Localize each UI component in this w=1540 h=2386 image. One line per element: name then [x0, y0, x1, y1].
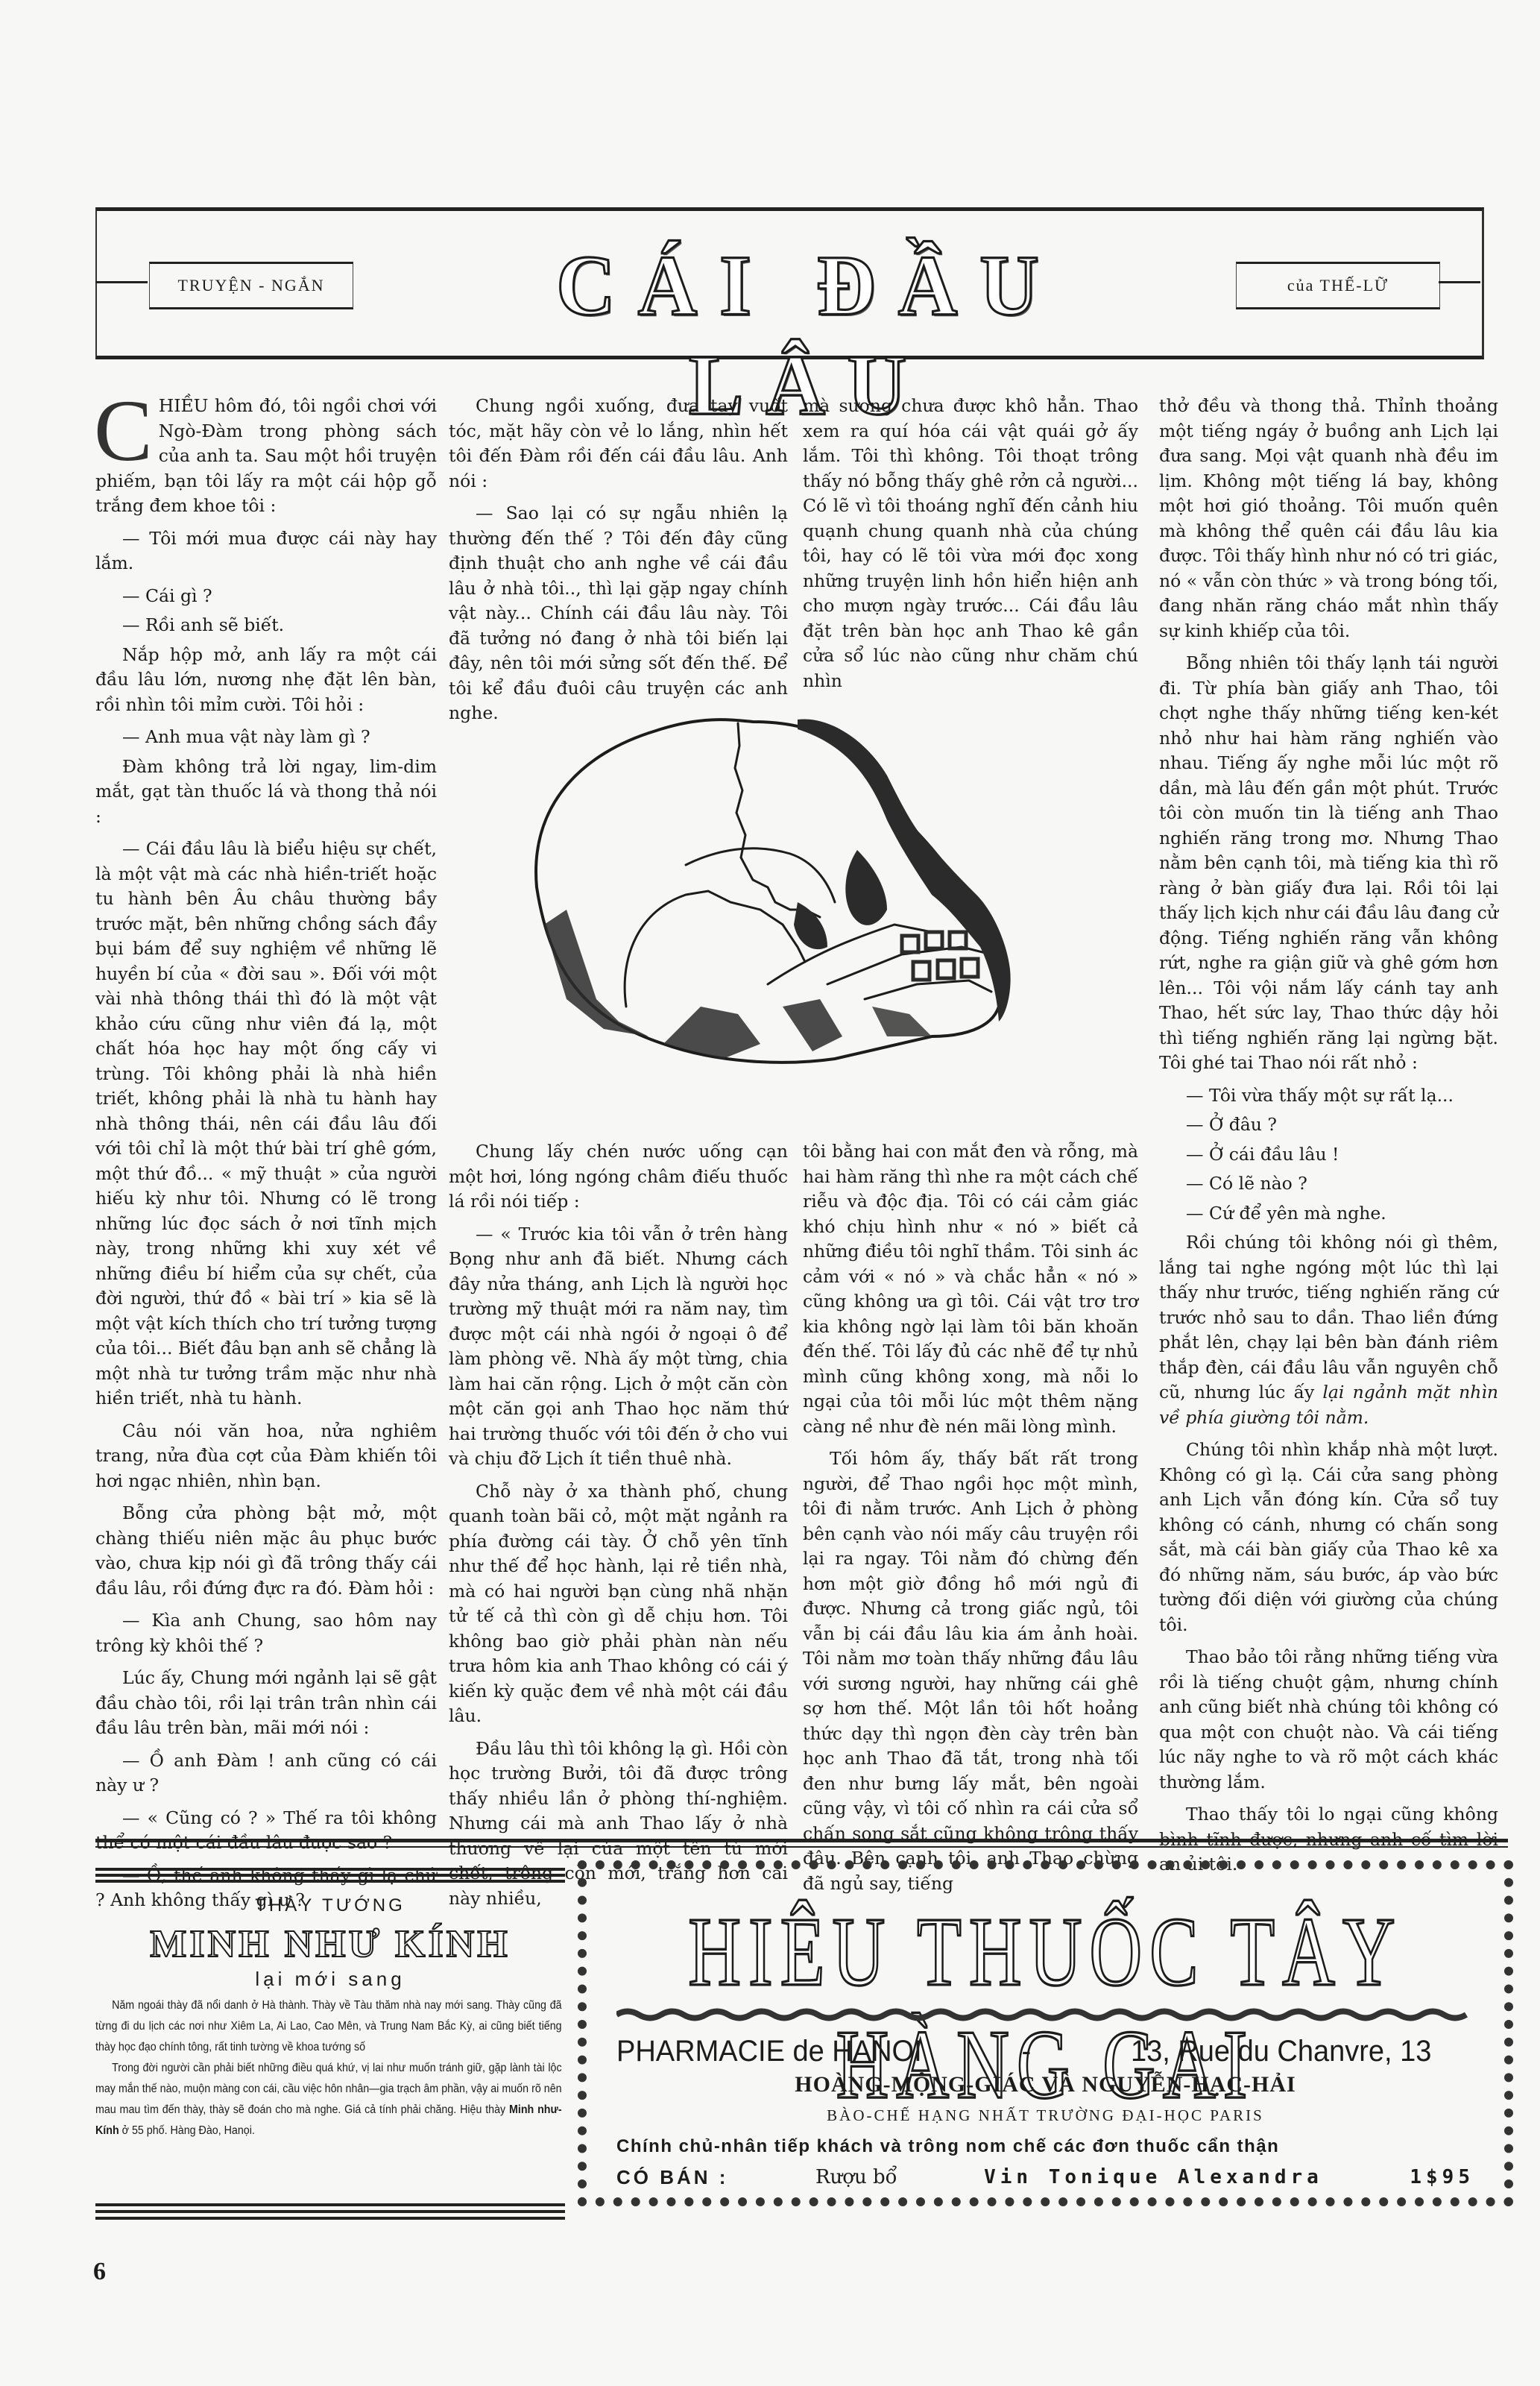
ad1-bottom-rule: [95, 2203, 565, 2206]
ad1-bottom-rule: [95, 2210, 565, 2213]
paragraph: Chúng tôi nhìn khắp nhà một lượt. Không …: [1159, 1438, 1498, 1637]
fortune-teller-ad: THÀY TƯỚNG MINH NHƯ KÍNH lại mới sang Nă…: [95, 1849, 565, 2141]
dialogue-line: — Có lẽ nào ?: [1159, 1171, 1498, 1197]
pharmacy-address: 13, Rue du Chanvre, 13: [1131, 2035, 1431, 2068]
drop-cap: C: [94, 397, 153, 465]
ad1-bottom-rule: [95, 2217, 565, 2220]
pharmacy-credential: BÀO-CHẾ HẠNG NHẤT TRƯỜNG ĐẠI-HỌC PARIS: [587, 2106, 1504, 2125]
dialogue-line: — Cứ để yên mà nghe.: [1159, 1201, 1498, 1227]
page-number: 6: [93, 2258, 106, 2286]
ad-name: MINH NHƯ KÍNH: [95, 1922, 565, 1966]
paragraph: Rồi chúng tôi không nói gì thêm, lắng ta…: [1159, 1230, 1498, 1430]
paragraph: Lúc ấy, Chung mới ngảnh lại sẽ gật đầu c…: [95, 1666, 437, 1741]
pharmacy-service: Chính chủ-nhân tiếp khách và trông nom c…: [616, 2136, 1474, 2157]
ad-body: Năm ngoái thày đã nổi danh ở Hà thành. T…: [95, 1995, 562, 2141]
story-header: TRUYỆN - NGẮN CÁI ĐẦU LÂU của THẾ-LỮ: [95, 207, 1484, 359]
paragraph: — Cái đầu lâu là biểu hiệu sự chết, là m…: [95, 837, 437, 1411]
pharmacy-address-line: PHARMACIE de HANOI - 13, Rue du Chanvre,…: [616, 2035, 1431, 2068]
section-label: TRUYỆN - NGẮN: [177, 276, 324, 295]
ad-top-rule: [95, 1839, 1508, 1842]
pharmacy-name-fr: PHARMACIE de HANOI: [616, 2035, 922, 2068]
ad-kicker: THÀY TƯỚNG: [95, 1895, 565, 1916]
article-column-4: thở đều và thong thả. Thỉnh thoảng một t…: [1159, 394, 1498, 1885]
sale-item-vn: Rượu bổ: [815, 2166, 897, 2189]
paragraph: thở đều và thong thả. Thỉnh thoảng một t…: [1159, 394, 1498, 643]
header-rule-right: [1439, 281, 1480, 283]
paragraph: Nắp hộp mở, anh lấy ra một cái đầu lâu l…: [95, 643, 437, 718]
dialogue-line: — Tôi mới mua được cái này hay lắm.: [95, 526, 437, 576]
paragraph: mà sương chưa được khô hẳn. Thao xem ra …: [803, 394, 1138, 693]
ad-paragraph: Năm ngoái thày đã nổi danh ở Hà thành. T…: [95, 1995, 562, 2058]
skull-illustration: [514, 686, 1066, 1074]
dialogue-line: — Ồ anh Đàm ! anh cũng có cái này ư ?: [95, 1748, 437, 1798]
ad-top-rule-thin: [95, 1846, 1508, 1848]
ad-subtitle: lại mới sang: [95, 1968, 565, 1991]
paragraph: Chung ngồi xuống, đưa tay vuốt tóc, mặt …: [449, 394, 788, 494]
section-label-box: TRUYỆN - NGẮN: [149, 262, 353, 309]
dialogue-line: — Cái gì ?: [95, 584, 437, 609]
article-column-3-top: mà sương chưa được khô hẳn. Thao xem ra …: [803, 394, 1138, 701]
article-column-2-bottom: Chung lấy chén nước uống cạn một hơi, ló…: [449, 1139, 788, 1918]
dialogue-line: — « Cũng có ? » Thế ra tôi không thể có …: [95, 1806, 437, 1856]
paragraph: Bỗng nhiên tôi thấy lạnh tái người đi. T…: [1159, 651, 1498, 1076]
byline: của THẾ-LỮ: [1287, 276, 1389, 295]
paragraph: Câu nói văn hoa, nửa nghiêm trang, nửa đ…: [95, 1419, 437, 1494]
article-column-2-top: Chung ngồi xuống, đưa tay vuốt tóc, mặt …: [449, 394, 788, 734]
pharmacy-sale-line: CÓ BÁN : Rượu bổ Vin Tonique Alexandra 1…: [616, 2166, 1474, 2189]
dialogue-line: — Ở cái đầu lâu !: [1159, 1142, 1498, 1168]
paragraph: Tối hôm ấy, thấy bất rất trong người, để…: [803, 1447, 1138, 1896]
sale-label: CÓ BÁN :: [616, 2166, 728, 2189]
pharmacy-ad: HIÊU THUỐC TÂY HÀNG GAI PHARMACIE de HAN…: [578, 1860, 1513, 2206]
article-column-1: CHIỀU hôm đó, tôi ngồi chơi với Ngò-Đàm …: [95, 394, 437, 1921]
article-column-3-bottom: tôi bằng hai con mắt đen và rỗng, mà hai…: [803, 1139, 1138, 1904]
skull-drawing-icon: [514, 686, 1066, 1074]
paragraph: Thao bảo tôi rằng những tiếng vừa rồi là…: [1159, 1645, 1498, 1795]
sale-price: 1$95: [1410, 2166, 1474, 2189]
paragraph: Chỗ này ở xa thành phố, chung quanh toàn…: [449, 1479, 788, 1729]
paragraph: — « Trước kia tôi vẫn ở trên hàng Bọng n…: [449, 1222, 788, 1472]
paragraph: CHIỀU hôm đó, tôi ngồi chơi với Ngò-Đàm …: [95, 394, 437, 519]
dialogue-line: — Kìa anh Chung, sao hôm nay trông kỳ kh…: [95, 1608, 437, 1658]
dialogue-line: — Anh mua vật này làm gì ?: [95, 725, 437, 750]
pharmacy-owners: HOÀNG-MỘNG-GIÁC VÀ NGUYỄN-HẠC-HẢI: [587, 2072, 1504, 2097]
dialogue-line: — Rồi anh sẽ biết.: [95, 613, 437, 638]
paragraph: tôi bằng hai con mắt đen và rỗng, mà hai…: [803, 1139, 1138, 1439]
paragraph: Đàm không trả lời ngay, lim-dim mắt, gạt…: [95, 755, 437, 830]
ad-paragraph: Trong đời người cần phải biết những điều…: [95, 2058, 562, 2141]
paragraph: Chung lấy chén nước uống cạn một hơi, ló…: [449, 1139, 788, 1215]
paragraph: Bỗng cửa phòng bật mở, một chàng thiếu n…: [95, 1501, 437, 1601]
header-rule-left: [95, 281, 148, 283]
wave-divider-icon: [616, 2008, 1474, 2021]
dialogue-line: — Ở đâu ?: [1159, 1112, 1498, 1138]
dialogue-line: — Tôi vừa thấy một sự rất lạ...: [1159, 1083, 1498, 1109]
sale-item: Vin Tonique Alexandra: [984, 2166, 1323, 2189]
byline-box: của THẾ-LỮ: [1236, 262, 1440, 309]
